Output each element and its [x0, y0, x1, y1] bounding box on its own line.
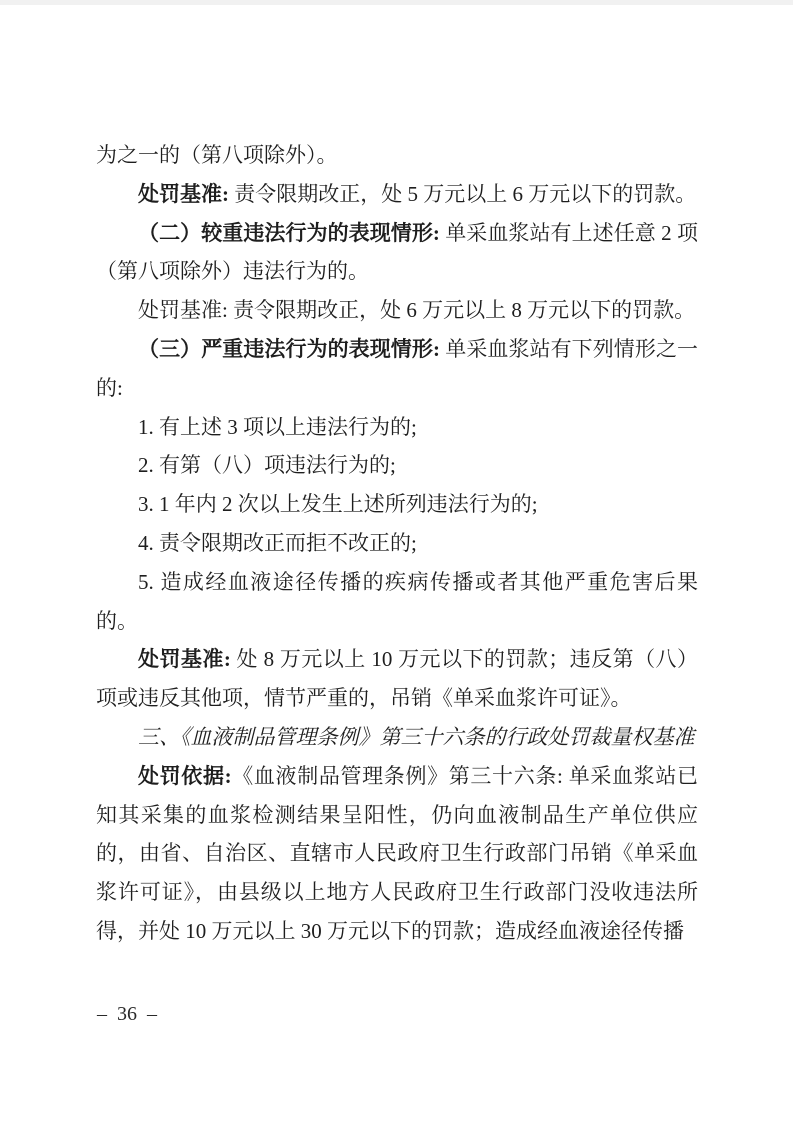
para-list-item-1: 1. 有上述 3 项以上违法行为的; [96, 408, 698, 447]
text-run: 5. 造成经血液途径传播的疾病传播或者其他严重危害后果的。 [96, 570, 698, 633]
para-category-moderate: （二）较重违法行为的表现情形: 单采血浆站有上述任意 2 项（第八项除外）违法行… [96, 214, 698, 292]
text-run: 3. 1 年内 2 次以上发生上述所列违法行为的; [138, 492, 538, 516]
document-page: 为之一的（第八项除外）。处罚基准: 责令限期改正，处 5 万元以上 6 万元以下… [0, 0, 793, 1122]
bold-text-run: 处罚基准: [138, 647, 231, 671]
bold-text-run: （二）较重违法行为的表现情形: [138, 221, 440, 245]
para-list-item-3: 3. 1 年内 2 次以上发生上述所列违法行为的; [96, 485, 698, 524]
bold-text-run: 处罚基准: [138, 182, 229, 206]
para-continuation: 为之一的（第八项除外）。 [96, 136, 698, 175]
text-run: 为之一的（第八项除外）。 [96, 143, 338, 167]
text-run: 《血液制品管理条例》第三十六条: 单采血浆站已知其采集的血浆检测结果呈阳性，仍向… [96, 764, 698, 943]
para-penalty-standard-severe: 处罚基准: 处 8 万元以上 10 万元以下的罚款；违反第（八）项或违反其他项，… [96, 640, 698, 718]
para-category-severe: （三）严重违法行为的表现情形: 单采血浆站有下列情形之一的: [96, 330, 698, 408]
bold-text-run: （三）严重违法行为的表现情形: [138, 337, 440, 361]
bold-text-run: 处罚依据: [138, 764, 232, 788]
para-list-item-4: 4. 责令限期改正而拒不改正的; [96, 524, 698, 563]
para-penalty-standard-light: 处罚基准: 责令限期改正，处 5 万元以上 6 万元以下的罚款。 [96, 175, 698, 214]
text-run: 三、《血液制品管理条例》第三十六条的行政处罚裁量权基准 [138, 725, 695, 749]
text-run: 责令限期改正，处 5 万元以上 6 万元以下的罚款。 [229, 182, 696, 206]
para-list-item-2: 2. 有第（八）项违法行为的; [96, 446, 698, 485]
text-run: 4. 责令限期改正而拒不改正的; [138, 531, 417, 555]
para-section-heading: 三、《血液制品管理条例》第三十六条的行政处罚裁量权基准 [96, 718, 698, 757]
page-number: – 36 – [97, 1002, 157, 1026]
text-run: 1. 有上述 3 项以上违法行为的; [138, 415, 417, 439]
text-run: 处罚基准: 责令限期改正，处 6 万元以上 8 万元以下的罚款。 [138, 298, 695, 322]
scan-edge-artifact [0, 0, 793, 5]
text-run: 2. 有第（八）项违法行为的; [138, 453, 396, 477]
para-penalty-basis: 处罚依据:《血液制品管理条例》第三十六条: 单采血浆站已知其采集的血浆检测结果呈… [96, 757, 698, 951]
para-penalty-standard-moderate: 处罚基准: 责令限期改正，处 6 万元以上 8 万元以下的罚款。 [96, 291, 698, 330]
document-body: 为之一的（第八项除外）。处罚基准: 责令限期改正，处 5 万元以上 6 万元以下… [96, 136, 698, 951]
para-list-item-5: 5. 造成经血液途径传播的疾病传播或者其他严重危害后果的。 [96, 563, 698, 641]
